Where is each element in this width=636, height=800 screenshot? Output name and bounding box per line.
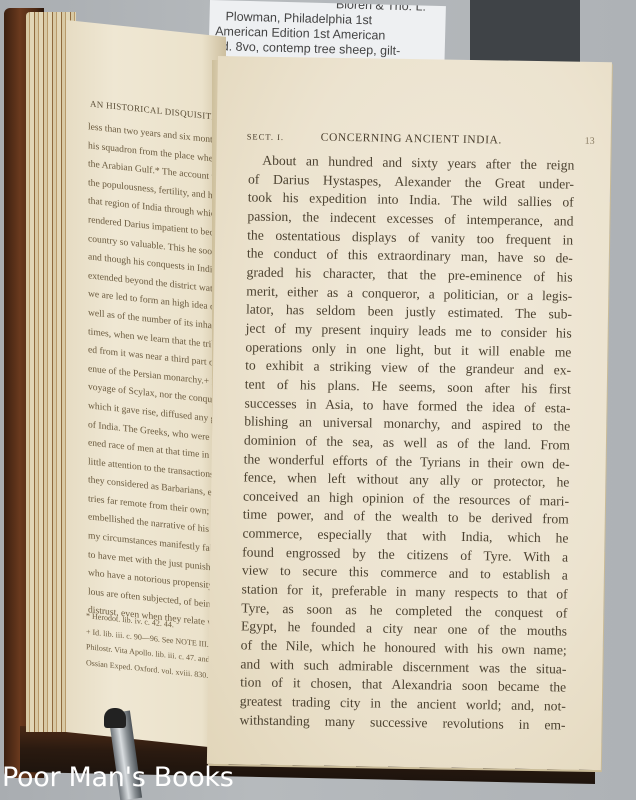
left-running-head: AN HISTORICAL DISQUISITION [90, 99, 226, 124]
right-page-text: About an hundred and sixty years after t… [239, 151, 574, 734]
left-page-footnotes: * Herodot. lib. iv. c. 42. 44. + Id. lib… [86, 608, 226, 691]
right-running-head: SECT. I. CONCERNING ANCIENT INDIA. 13 [247, 130, 599, 148]
page-number: 13 [585, 136, 595, 147]
watermark: Poor Man's Books [2, 762, 234, 793]
book-stand-cap [104, 708, 126, 728]
background-dark-panel [470, 0, 580, 62]
section-label: SECT. I. [247, 131, 285, 142]
chapter-title: CONCERNING ANCIENT INDIA. [321, 132, 502, 147]
left-page-text: less than two years and six months in co… [88, 118, 226, 641]
left-page: AN HISTORICAL DISQUISITION less than two… [66, 20, 226, 749]
right-page: SECT. I. CONCERNING ANCIENT INDIA. 13 Ab… [207, 56, 612, 770]
